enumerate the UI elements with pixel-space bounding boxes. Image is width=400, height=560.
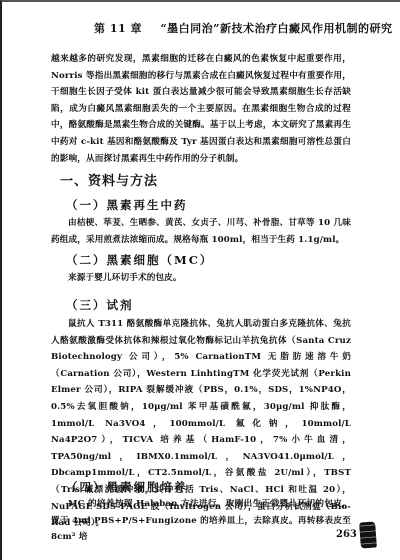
subsection-heading-4: （四）黑素细胞培养: [66, 479, 188, 495]
subsection-heading-1: （一）黑素再生中药: [66, 197, 188, 213]
section-heading: 一、资料与方法: [60, 170, 158, 189]
subsection-1-block: 由桔梗、荜茇、生晒参、黄芪、女贞子、川芎、补骨脂、甘草等 10 几味药组成，采用…: [51, 215, 351, 248]
subsection-1-text: 由桔梗、荜茇、生晒参、黄芪、女贞子、川芎、补骨脂、甘草等 10 几味药组成，采用…: [51, 215, 351, 248]
subsection-4-block: MC 的培养按照 Halaban 方法进行。取刚出生正常婴儿环切的包皮，置于 4…: [51, 496, 351, 546]
chapter-title: “墨白同治”新技术治疗白癜风作用机制的研究: [160, 22, 392, 35]
subsection-2-block: 来源于婴儿环切手术的包皮。: [51, 270, 351, 287]
subsection-heading-2: （二）黑素细胞（MC）: [66, 252, 213, 268]
intro-paragraph: 越来越多的研究发现，黑素细胞的迁移在白癜风的色素恢复中起重要作用，Norris …: [51, 51, 351, 167]
thumb-index-tab-icon: [359, 521, 377, 548]
page-number: 263: [336, 529, 357, 540]
chapter-number: 第 11 章: [94, 22, 142, 35]
subsection-2-text: 来源于婴儿环切手术的包皮。: [51, 270, 351, 287]
subsection-4-text: MC 的培养按照 Halaban 方法进行。取刚出生正常婴儿环切的包皮，置于 4…: [51, 496, 351, 546]
running-head: 第 11 章 “墨白同治”新技术治疗白癜风作用机制的研究: [94, 20, 392, 36]
subsection-heading-3: （三）试剂: [66, 297, 134, 313]
document-page: 第 11 章 “墨白同治”新技术治疗白癜风作用机制的研究 越来越多的研究发现，黑…: [0, 0, 400, 560]
intro-block: 越来越多的研究发现，黑素细胞的迁移在白癜风的色素恢复中起重要作用，Norris …: [51, 51, 351, 167]
